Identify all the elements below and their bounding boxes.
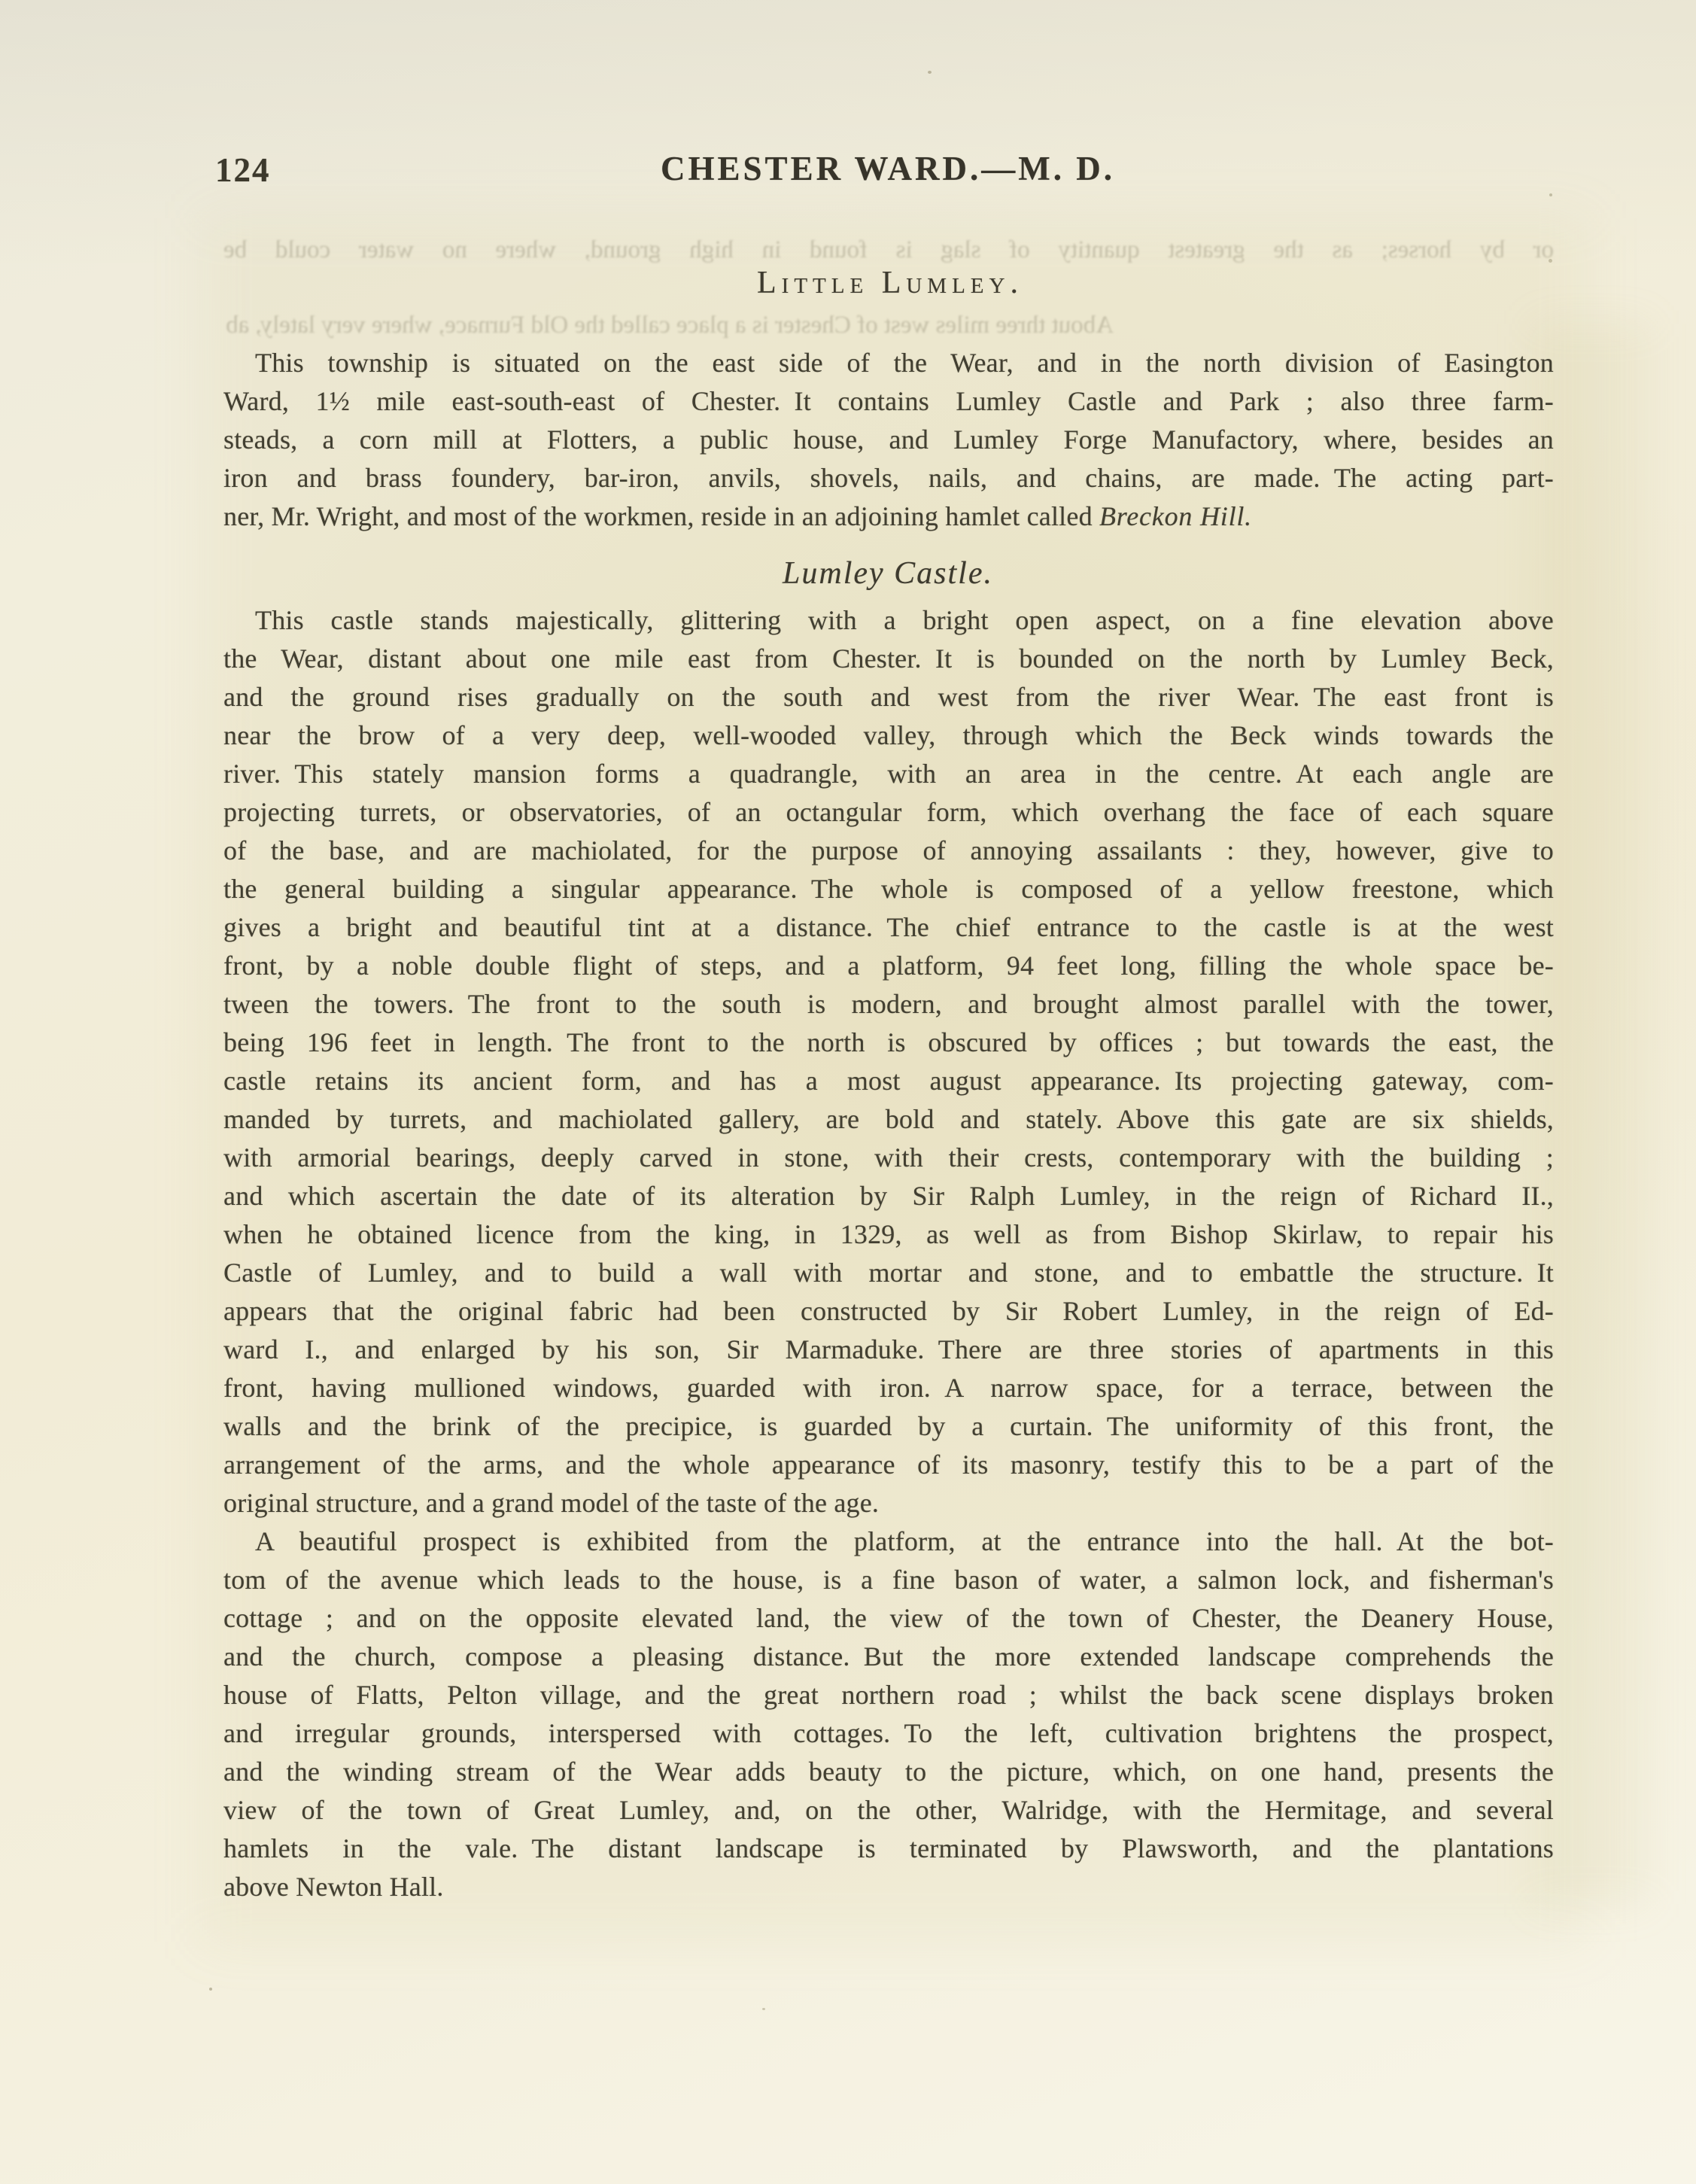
text-line: iron and brass foundery, bar-iron, anvil…	[223, 459, 1554, 497]
text-line: the Wear, distant about one mile east fr…	[223, 640, 1554, 678]
bleed-through-line: About three miles west of Chester is a p…	[226, 312, 1114, 342]
text-line: view of the town of Great Lumley, and, o…	[223, 1791, 1554, 1830]
bleed-through-line: or by horses; as the greatest quantity o…	[223, 236, 1554, 266]
text-line: river. This stately mansion forms a quad…	[223, 755, 1554, 793]
text-line: This castle stands majestically, glitter…	[223, 601, 1554, 640]
paper-speck	[1549, 193, 1552, 196]
text-line: and the ground rises gradually on the so…	[223, 678, 1554, 716]
text-line: with armorial bearings, deeply carved in…	[223, 1139, 1554, 1177]
text-line: front, by a noble double flight of steps…	[223, 947, 1554, 985]
running-head: CHESTER WARD.—M. D.	[661, 149, 1115, 188]
text-line: projecting turrets, or observatories, of…	[223, 793, 1554, 832]
text-line: Ward, 1½ mile east-south-east of Chester…	[223, 382, 1554, 421]
text-line: Castle of Lumley, and to build a wall wi…	[223, 1254, 1554, 1292]
text-line: and which ascertain the date of its alte…	[223, 1177, 1554, 1215]
text-line: This township is situated on the east si…	[223, 344, 1554, 382]
text-line: cottage ; and on the opposite elevated l…	[223, 1599, 1554, 1638]
text-line: above Newton Hall.	[223, 1868, 1554, 1906]
text-line: gives a bright and beautiful tint at a d…	[223, 908, 1554, 947]
text-line: tween the towers. The front to the south…	[223, 985, 1554, 1024]
text-line: and the winding stream of the Wear adds …	[223, 1753, 1554, 1791]
text-line: A beautiful prospect is exhibited from t…	[223, 1522, 1554, 1561]
text-line: when he obtained licence from the king, …	[223, 1215, 1554, 1254]
section-heading-little-lumley: Little Lumley.	[757, 265, 1023, 301]
text-line: and the church, compose a pleasing dista…	[223, 1638, 1554, 1676]
text-line: ward I., and enlarged by his son, Sir Ma…	[223, 1331, 1554, 1369]
text-line: being 196 feet in length. The front to t…	[223, 1024, 1554, 1062]
text-line: arrangement of the arms, and the whole a…	[223, 1446, 1554, 1484]
paper-speck	[762, 2008, 765, 2010]
text-line: near the brow of a very deep, well-woode…	[223, 716, 1554, 755]
text-line: tom of the avenue which leads to the hou…	[223, 1561, 1554, 1599]
paragraph: This castle stands majestically, glitter…	[223, 601, 1554, 1522]
text-line: original structure, and a grand model of…	[223, 1484, 1554, 1522]
text-line: walls and the brink of the precipice, is…	[223, 1407, 1554, 1446]
top-edge-shading	[0, 0, 1696, 271]
text-line: hamlets in the vale. The distant landsca…	[223, 1830, 1554, 1868]
text-line: ner, Mr. Wright, and most of the workmen…	[223, 497, 1554, 536]
book-page-scan: 124 CHESTER WARD.—M. D. or by horses; as…	[0, 0, 1696, 2184]
text-line: manded by turrets, and machiolated galle…	[223, 1100, 1554, 1139]
text-line: of the base, and are machiolated, for th…	[223, 832, 1554, 870]
text-line: steads, a corn mill at Flotters, a publi…	[223, 421, 1554, 459]
paper-speck	[209, 1988, 212, 1991]
paragraph: A beautiful prospect is exhibited from t…	[223, 1522, 1554, 1906]
text-line: house of Flatts, Pelton village, and the…	[223, 1676, 1554, 1714]
section-heading-lumley-castle: Lumley Castle.	[783, 555, 993, 592]
text-line: appears that the original fabric had bee…	[223, 1292, 1554, 1331]
text-line: front, having mullioned windows, guarded…	[223, 1369, 1554, 1407]
page-number: 124	[215, 151, 271, 190]
text-line: and irregular grounds, interspersed with…	[223, 1714, 1554, 1753]
paragraph: This township is situated on the east si…	[223, 344, 1554, 536]
text-line: the general building a singular appearan…	[223, 870, 1554, 908]
paper-speck	[928, 71, 932, 74]
text-line: castle retains its ancient form, and has…	[223, 1062, 1554, 1100]
